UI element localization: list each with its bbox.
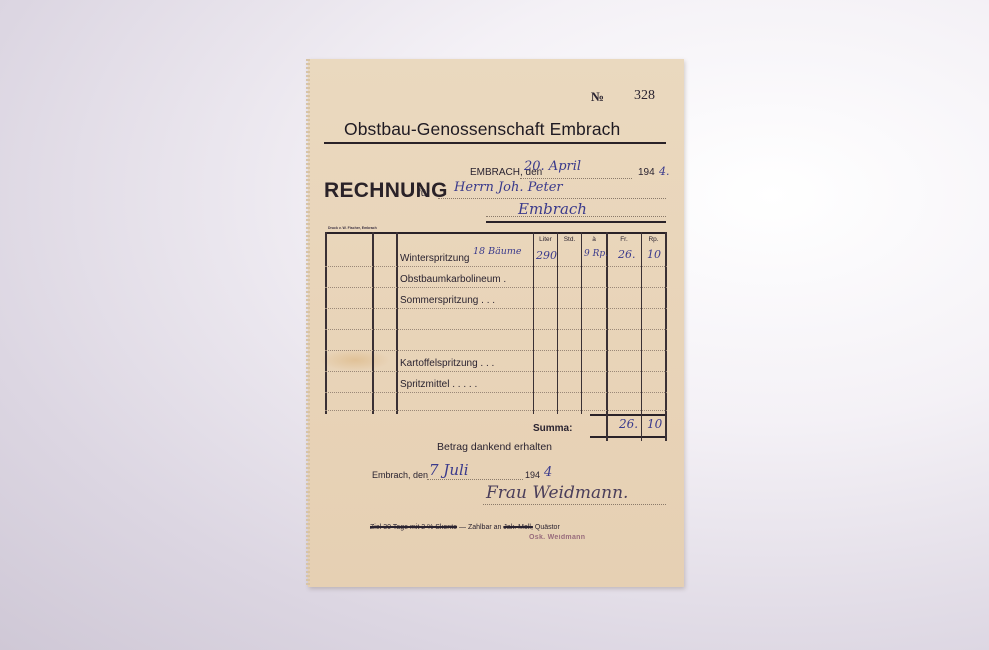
table-vline	[641, 232, 642, 414]
table-vline	[557, 232, 558, 414]
table-vline	[396, 232, 398, 414]
company-name: Obstbau-Genossenschaft Embrach	[344, 119, 620, 140]
for-label: für	[418, 188, 430, 199]
invoice-table: Liter Std. à Fr. Rp. Winterspritzung 18 …	[325, 232, 667, 414]
col-header-std: Std.	[558, 236, 581, 243]
item-label: Spritzmittel . . . . .	[400, 379, 477, 390]
table-vline	[533, 232, 534, 414]
summa-vline	[665, 414, 667, 441]
footer-separator: —	[459, 524, 466, 531]
signature: Frau Weidmann.	[486, 483, 628, 503]
summa-top-rule	[590, 414, 667, 416]
cell-fr: 26.	[618, 248, 636, 261]
struck-name: Jak. Moll,	[503, 524, 533, 531]
receipt-year-handwritten: 4	[544, 465, 552, 480]
item-label: Kartoffelspritzung . . .	[400, 358, 494, 369]
row-rule	[325, 392, 667, 393]
name-stamp: Osk. Weidmann	[529, 534, 585, 541]
date-dotted-line	[520, 178, 632, 179]
item-label: Sommerspritzung . . .	[400, 295, 495, 306]
table-top-rule	[325, 232, 667, 234]
summa-rp: 10	[647, 417, 662, 431]
cell-rp: 10	[647, 248, 661, 261]
receipt-year-printed: 194	[525, 470, 540, 480]
signature-dotted-line	[483, 504, 666, 505]
number-label: №	[591, 89, 604, 105]
col-header-liter: Liter	[534, 236, 557, 243]
receipt-date-handwritten: 7 Juli	[429, 461, 469, 479]
payable-label: Zahlbar an	[468, 524, 501, 531]
recipient-rule	[486, 221, 666, 223]
table-vline	[325, 232, 327, 414]
row-rule	[325, 371, 667, 372]
summa-label: Summa:	[533, 423, 572, 434]
invoice-date-handwritten: 20. April	[524, 159, 581, 174]
item-label: Winterspritzung	[400, 253, 469, 264]
row-rule	[325, 287, 667, 288]
table-vline	[581, 232, 582, 414]
row-rule	[325, 350, 667, 351]
recipient-place: Embrach	[518, 200, 587, 218]
summa-fr: 26.	[619, 417, 638, 431]
payment-footer: Ziel 30 Tage mit 2 % Skonto — Zahlbar an…	[370, 524, 560, 531]
struck-terms: Ziel 30 Tage mit 2 % Skonto	[370, 524, 457, 531]
col-header-fr: Fr.	[607, 236, 641, 243]
invoice-number: 328	[634, 88, 655, 104]
row-rule	[325, 308, 667, 309]
summa-bottom-rule	[590, 436, 667, 438]
row-rule	[325, 329, 667, 330]
recipient-dotted-line-1	[438, 198, 666, 199]
table-vline	[606, 232, 608, 414]
receipt-place-label: Embrach, den	[372, 470, 428, 480]
item-note: 18 Bäume	[473, 246, 522, 257]
row-rule	[325, 266, 667, 267]
recipient-name: Herrn Joh. Peter	[454, 180, 563, 195]
table-vline	[372, 232, 374, 414]
header-rule	[324, 142, 666, 144]
item-label: Obstbaumkarbolineum .	[400, 274, 506, 285]
invoice-paper: № 328 Obstbau-Genossenschaft Embrach EMB…	[308, 59, 684, 587]
summa-vline	[641, 414, 642, 441]
invoice-year-handwritten: 4.	[659, 165, 670, 178]
received-label: Betrag dankend erhalten	[437, 441, 552, 453]
summa-vline	[606, 414, 608, 441]
table-vline	[665, 232, 667, 414]
cell-liter: 290	[536, 249, 557, 262]
footer-role: Quästor	[535, 524, 560, 531]
invoice-year-printed: 194	[638, 167, 655, 178]
cell-rate: 9 Rp.	[584, 249, 608, 259]
col-header-rate: à	[582, 236, 606, 243]
row-rule	[325, 410, 667, 411]
col-header-rp: Rp.	[642, 236, 665, 243]
printer-credit: Druck v. W. Fischer, Embrach	[328, 226, 377, 230]
receipt-date-dotted-line	[427, 479, 523, 480]
